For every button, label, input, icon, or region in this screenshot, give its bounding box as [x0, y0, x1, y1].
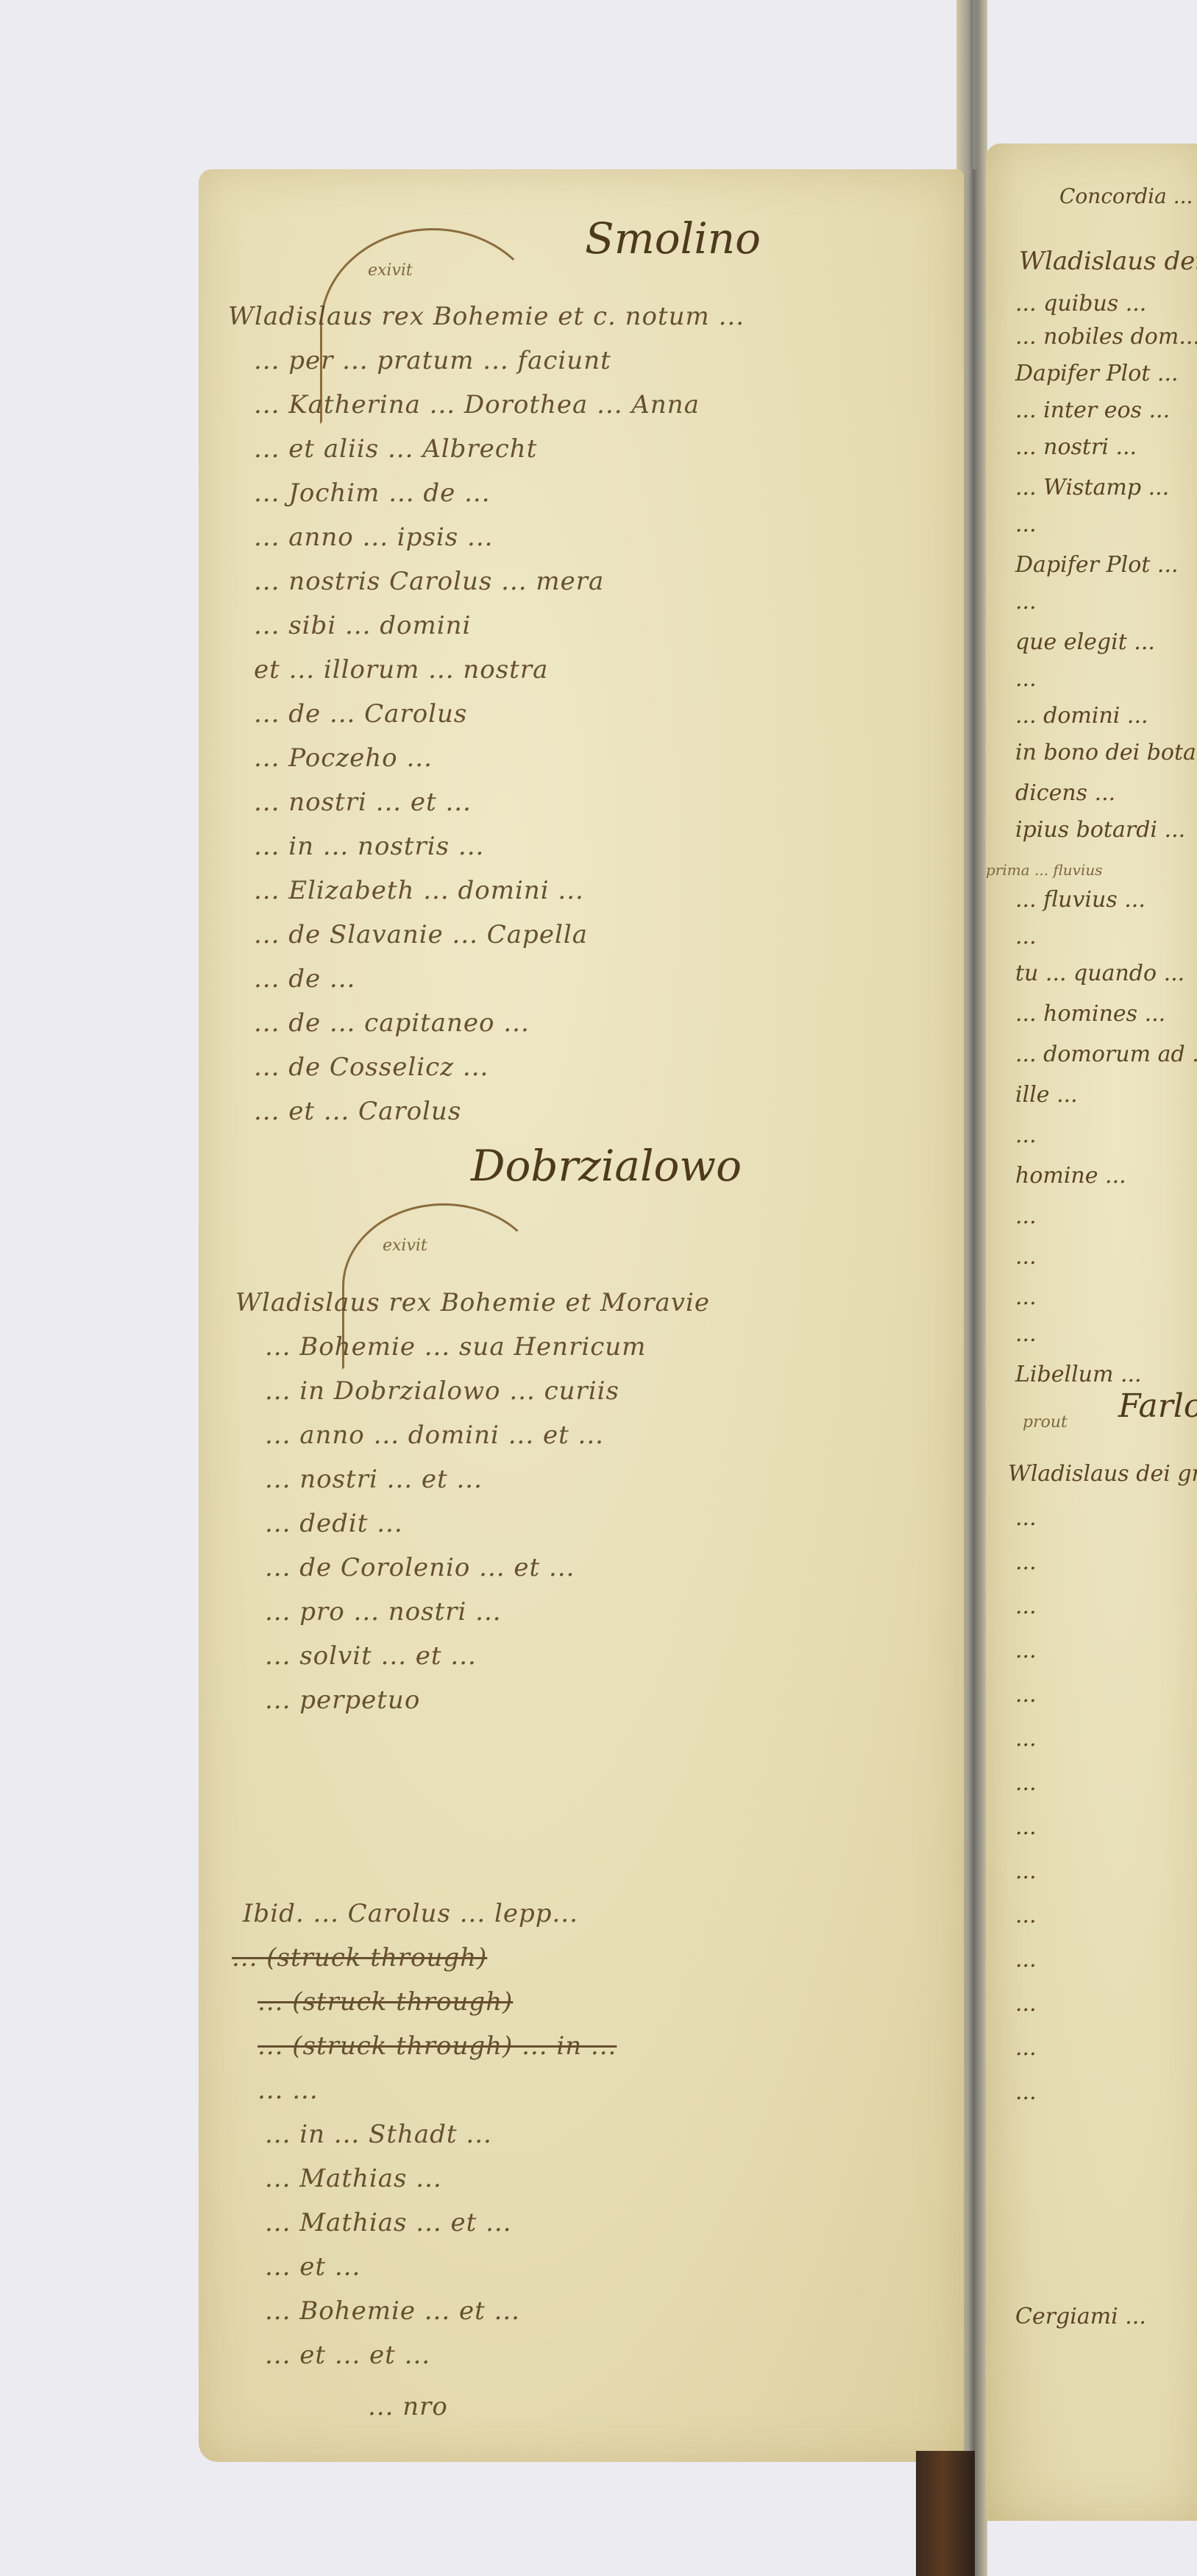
- book-spine: [973, 0, 977, 169]
- text-line: ... et ... Carolus: [254, 1097, 461, 1126]
- text-line: ...: [1015, 1549, 1037, 1575]
- text-line: ipius botardi ...: [1015, 817, 1185, 843]
- text-line: ...: [1015, 1203, 1037, 1229]
- text-line: Dapifer Plot ...: [1015, 552, 1179, 578]
- text-line: ... et ... et ...: [265, 2340, 430, 2370]
- binding-leather-strip: [916, 2451, 975, 2576]
- text-line: ... Katherina ... Dorothea ... Anna: [254, 390, 700, 420]
- text-line: ... anno ... ipsis ...: [254, 523, 493, 552]
- text-line: in bono dei botar...: [1015, 740, 1197, 765]
- text-line: ...: [1015, 924, 1037, 949]
- text-line: ... anno ... domini ... et ...: [265, 1420, 604, 1450]
- text-line: ...: [1015, 1505, 1037, 1531]
- text-line: ...: [1015, 666, 1037, 692]
- text-line: ... sibi ... domini: [254, 611, 471, 640]
- margin-note-prout: prout: [1023, 1413, 1068, 1432]
- margin-note-exivit: exivit: [368, 261, 413, 280]
- text-line: ... Elizabeth ... domini ...: [254, 876, 584, 905]
- margin-note-middle: prima ... fluvius: [986, 861, 1103, 879]
- text-line: ... Jochim ... de ...: [254, 478, 491, 508]
- text-line: ... Wistamp ...: [1015, 475, 1169, 500]
- text-line: ... Mathias ...: [265, 2164, 442, 2193]
- text-line: Cergiami ...: [1015, 2304, 1146, 2329]
- text-line: ... solvit ... et ...: [265, 1641, 477, 1671]
- text-line: ...: [1015, 512, 1037, 537]
- text-line: ... de Cosselicz ...: [254, 1052, 489, 1082]
- text-line: ...: [1015, 2079, 1037, 2105]
- text-line: Libellum ...: [1015, 1362, 1142, 1387]
- text-line: Wladislaus dei gra...: [1008, 1461, 1197, 1487]
- text-line: ... et aliis ... Albrecht: [254, 434, 537, 464]
- struck-text-line: ... (struck through): [257, 1987, 513, 2017]
- right-manuscript-page: Concordia ... Wladislaus dei gra... ... …: [986, 144, 1197, 2521]
- text-line: Wladislaus rex Bohemie et Moravie: [235, 1288, 710, 1317]
- text-line: ... Poczeho ...: [254, 743, 433, 773]
- text-line: ...: [1015, 1947, 1037, 1972]
- text-line: que elegit ...: [1015, 629, 1155, 655]
- text-line: ... in ... Sthadt ...: [265, 2120, 492, 2149]
- text-line: ...: [1015, 2035, 1037, 2061]
- text-line: ... et ...: [265, 2252, 360, 2282]
- text-line: ... inter eos ...: [1015, 397, 1170, 423]
- text-line: ... pro ... nostri ...: [265, 1597, 502, 1627]
- text-line: ...: [1015, 1858, 1037, 1884]
- text-line: ... homines ...: [1015, 1001, 1165, 1027]
- section-heading-dobrzialowo: Dobrzialowo: [471, 1141, 742, 1191]
- text-line: ... ...: [257, 2076, 319, 2105]
- text-line: ...: [1015, 1991, 1037, 2017]
- text-line: ... de ... capitaneo ...: [254, 1008, 530, 1038]
- text-line: ... Bohemie ... et ...: [265, 2296, 520, 2326]
- text-line: ... Mathias ... et ...: [265, 2208, 512, 2237]
- text-line: ...: [1015, 1321, 1037, 1347]
- text-line: ... de Corolenio ... et ...: [265, 1553, 575, 1582]
- text-line: et ... illorum ... nostra: [254, 655, 548, 684]
- text-line: Wladislaus dei gra...: [1019, 247, 1197, 276]
- text-line: ...: [1015, 1726, 1037, 1752]
- text-line: ...: [1015, 1770, 1037, 1796]
- text-line: ... dedit ...: [265, 1509, 403, 1538]
- text-line: ... Bohemie ... sua Henricum: [265, 1332, 646, 1362]
- text-line: ...: [1015, 1638, 1037, 1663]
- text-line: ... in Dobrzialowo ... curiis: [265, 1376, 619, 1406]
- text-line: ... de ...: [254, 964, 355, 994]
- text-line: ille ...: [1015, 1082, 1078, 1108]
- text-line: ... nro: [368, 2392, 448, 2421]
- text-line: tu ... quando ...: [1015, 960, 1184, 986]
- text-line: Wladislaus rex Bohemie et c. notum ...: [228, 302, 745, 331]
- text-line: ... in ... nostris ...: [254, 832, 484, 861]
- text-line: ... nostri ... et ...: [265, 1465, 483, 1494]
- right-page-heading-concordia: Concordia ...: [1059, 184, 1193, 208]
- text-line: ... fluvius ...: [1015, 887, 1146, 913]
- text-line: ... nostris Carolus ... mera: [254, 567, 604, 596]
- text-line: ...: [1015, 1903, 1037, 1928]
- text-line: ...: [1015, 1244, 1037, 1270]
- struck-text-line: ... (struck through) ... in ...: [257, 2031, 617, 2061]
- margin-note-exivit: exivit: [383, 1236, 427, 1255]
- text-line: ... quibus ...: [1015, 291, 1146, 316]
- right-page-heading-farlo: Farlo...: [1118, 1387, 1197, 1425]
- text-line: Dapifer Plot ...: [1015, 361, 1179, 386]
- text-line: dicens ...: [1015, 780, 1115, 806]
- text-line: ... nostri ...: [1015, 434, 1137, 460]
- left-manuscript-page: exivit Smolino Wladislaus rex Bohemie et…: [199, 169, 964, 2462]
- section-heading-smolino: Smolino: [585, 213, 761, 263]
- text-line: ...: [1015, 589, 1037, 615]
- text-line: ... de Slavanie ... Capella: [254, 920, 588, 949]
- text-line: ... per ... pratum ... faciunt: [254, 346, 611, 375]
- text-line: ...: [1015, 1122, 1037, 1148]
- text-line: ...: [1015, 1284, 1037, 1310]
- text-line: ... de ... Carolus: [254, 699, 467, 729]
- text-line: ... nobiles dom...: [1015, 324, 1197, 350]
- text-line: ... perpetuo: [265, 1685, 420, 1715]
- text-line: ...: [1015, 1814, 1037, 1840]
- text-line: ...: [1015, 1682, 1037, 1708]
- text-line: Ibid. ... Carolus ... lepp...: [243, 1899, 578, 1928]
- text-line: ... domini ...: [1015, 703, 1148, 729]
- text-line: ... domorum ad ...: [1015, 1041, 1197, 1067]
- text-line: homine ...: [1015, 1163, 1126, 1189]
- text-line: ... nostri ... et ...: [254, 788, 472, 817]
- struck-text-line: ... (struck through): [232, 1943, 487, 1972]
- text-line: ...: [1015, 1593, 1037, 1619]
